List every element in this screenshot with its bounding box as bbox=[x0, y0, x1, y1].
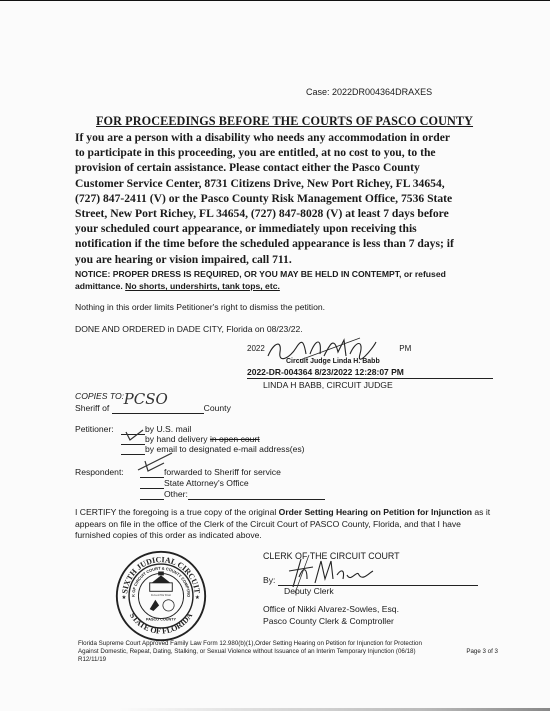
checkbox-blank[interactable] bbox=[140, 489, 164, 500]
checkmark-icon bbox=[143, 459, 165, 473]
respondent-option-other: Other: bbox=[140, 489, 325, 500]
svg-text:STATE OF FLORIDA: STATE OF FLORIDA bbox=[128, 611, 195, 636]
ada-line: If you are a person with a disability wh… bbox=[75, 130, 495, 145]
option-label: by U.S. mail bbox=[145, 424, 191, 434]
clerk-seal-icon: SIXTH JUDICIAL CIRCUIT CLERK OF CIRCUIT … bbox=[114, 549, 208, 643]
dismiss-statement: Nothing in this order limits Petitioner'… bbox=[75, 302, 325, 312]
clerk-office-line: Pasco County Clerk & Comptroller bbox=[263, 616, 394, 626]
ada-line: (727) 847-2411 (V) or the Pasco County R… bbox=[75, 191, 495, 206]
petitioner-label: Petitioner: bbox=[75, 424, 114, 434]
ada-line: Street, New Port Richey, FL 34654, (727)… bbox=[75, 206, 495, 221]
certify-order-title: Order Setting Hearing on Petition for In… bbox=[279, 507, 472, 517]
ada-line: Customer Service Center, 8731 Citizens D… bbox=[75, 176, 495, 191]
checkmark-icon bbox=[124, 428, 144, 442]
dress-notice-underlined: No shorts, undershirts, tank tops, etc. bbox=[125, 281, 280, 291]
judge-name: LINDA H BABB, CIRCUIT JUDGE bbox=[263, 380, 393, 390]
other-field[interactable] bbox=[188, 489, 325, 500]
ada-line: your scheduled court appearance, or imme… bbox=[75, 221, 495, 236]
done-and-ordered: DONE AND ORDERED in DADE CITY, Florida o… bbox=[75, 324, 303, 334]
dress-notice: NOTICE: PROPER DRESS IS REQUIRED, OR YOU… bbox=[75, 268, 495, 292]
stamp-prefix: 2022 bbox=[247, 344, 265, 353]
svg-text:★: ★ bbox=[122, 594, 127, 601]
sheriff-field: PCSO bbox=[112, 403, 204, 414]
ada-line: you are hearing or vision impaired, call… bbox=[75, 252, 495, 267]
ada-line: provision of certain assistance. Please … bbox=[75, 160, 495, 175]
sheriff-value: PCSO bbox=[124, 390, 168, 408]
deputy-clerk-label: Deputy Clerk bbox=[284, 586, 334, 596]
checkbox-blank[interactable] bbox=[140, 478, 164, 489]
option-label: forwarded to Sheriff for service bbox=[164, 467, 281, 477]
by-line: By: bbox=[263, 575, 478, 586]
deputy-signature-field bbox=[278, 575, 478, 586]
certification-statement: I CERTIFY the foregoing is a true copy o… bbox=[75, 507, 495, 542]
page-number: Page 3 of 3 bbox=[466, 648, 498, 656]
form-footer: Florida Supreme Court Approved Family La… bbox=[78, 640, 498, 664]
svg-text:★: ★ bbox=[195, 594, 200, 601]
option-label: by hand delivery bbox=[145, 434, 208, 444]
respondent-label: Respondent: bbox=[75, 467, 124, 477]
copies-to-label: COPIES TO: bbox=[75, 391, 124, 401]
ada-notice: If you are a person with a disability wh… bbox=[75, 130, 495, 267]
svg-text:PASCO COUNTY: PASCO COUNTY bbox=[146, 617, 176, 621]
option-label: Other: bbox=[164, 489, 188, 499]
ada-line: to participate in this proceeding, you a… bbox=[75, 145, 495, 160]
footer-line: Florida Supreme Court Approved Family La… bbox=[78, 640, 498, 648]
respondent-option-state-attorney: State Attorney's Office bbox=[140, 478, 249, 489]
docket-timestamp: 2022-DR-004364 8/23/2022 12:28:07 PM bbox=[247, 367, 404, 377]
document-heading: FOR PROCEEDINGS BEFORE THE COURTS OF PAS… bbox=[96, 114, 473, 129]
sheriff-suffix: County bbox=[204, 403, 231, 413]
stamp-suffix: PM bbox=[399, 344, 411, 353]
checkbox-blank[interactable] bbox=[140, 467, 164, 478]
footer-line: Against Domestic, Repeat, Dating, Stalki… bbox=[78, 648, 498, 656]
top-border bbox=[0, 0, 550, 1]
case-number: Case: 2022DR004364DRAXES bbox=[306, 87, 432, 97]
by-label: By: bbox=[263, 575, 275, 585]
struck-text: in open court bbox=[210, 434, 260, 444]
clerk-office-line: Office of Nikki Alvarez-Sowles, Esq. bbox=[263, 604, 399, 614]
sheriff-line: Sheriff of PCSO County bbox=[75, 403, 231, 414]
signature-line bbox=[247, 378, 493, 379]
svg-text:In God We Trust: In God We Trust bbox=[151, 593, 171, 597]
sheriff-prefix: Sheriff of bbox=[75, 403, 109, 413]
certify-pre: I CERTIFY the foregoing is a true copy o… bbox=[75, 507, 279, 517]
signature-stamp: 2022 PM bbox=[247, 344, 411, 353]
option-label: State Attorney's Office bbox=[164, 478, 249, 488]
ada-line: notification if the time before the sche… bbox=[75, 236, 495, 251]
signer-name-small: Circuit Judge Linda H. Babb bbox=[286, 358, 380, 365]
footer-line: R12/11/19 bbox=[78, 656, 498, 664]
respondent-option-sheriff: forwarded to Sheriff for service bbox=[140, 467, 281, 478]
